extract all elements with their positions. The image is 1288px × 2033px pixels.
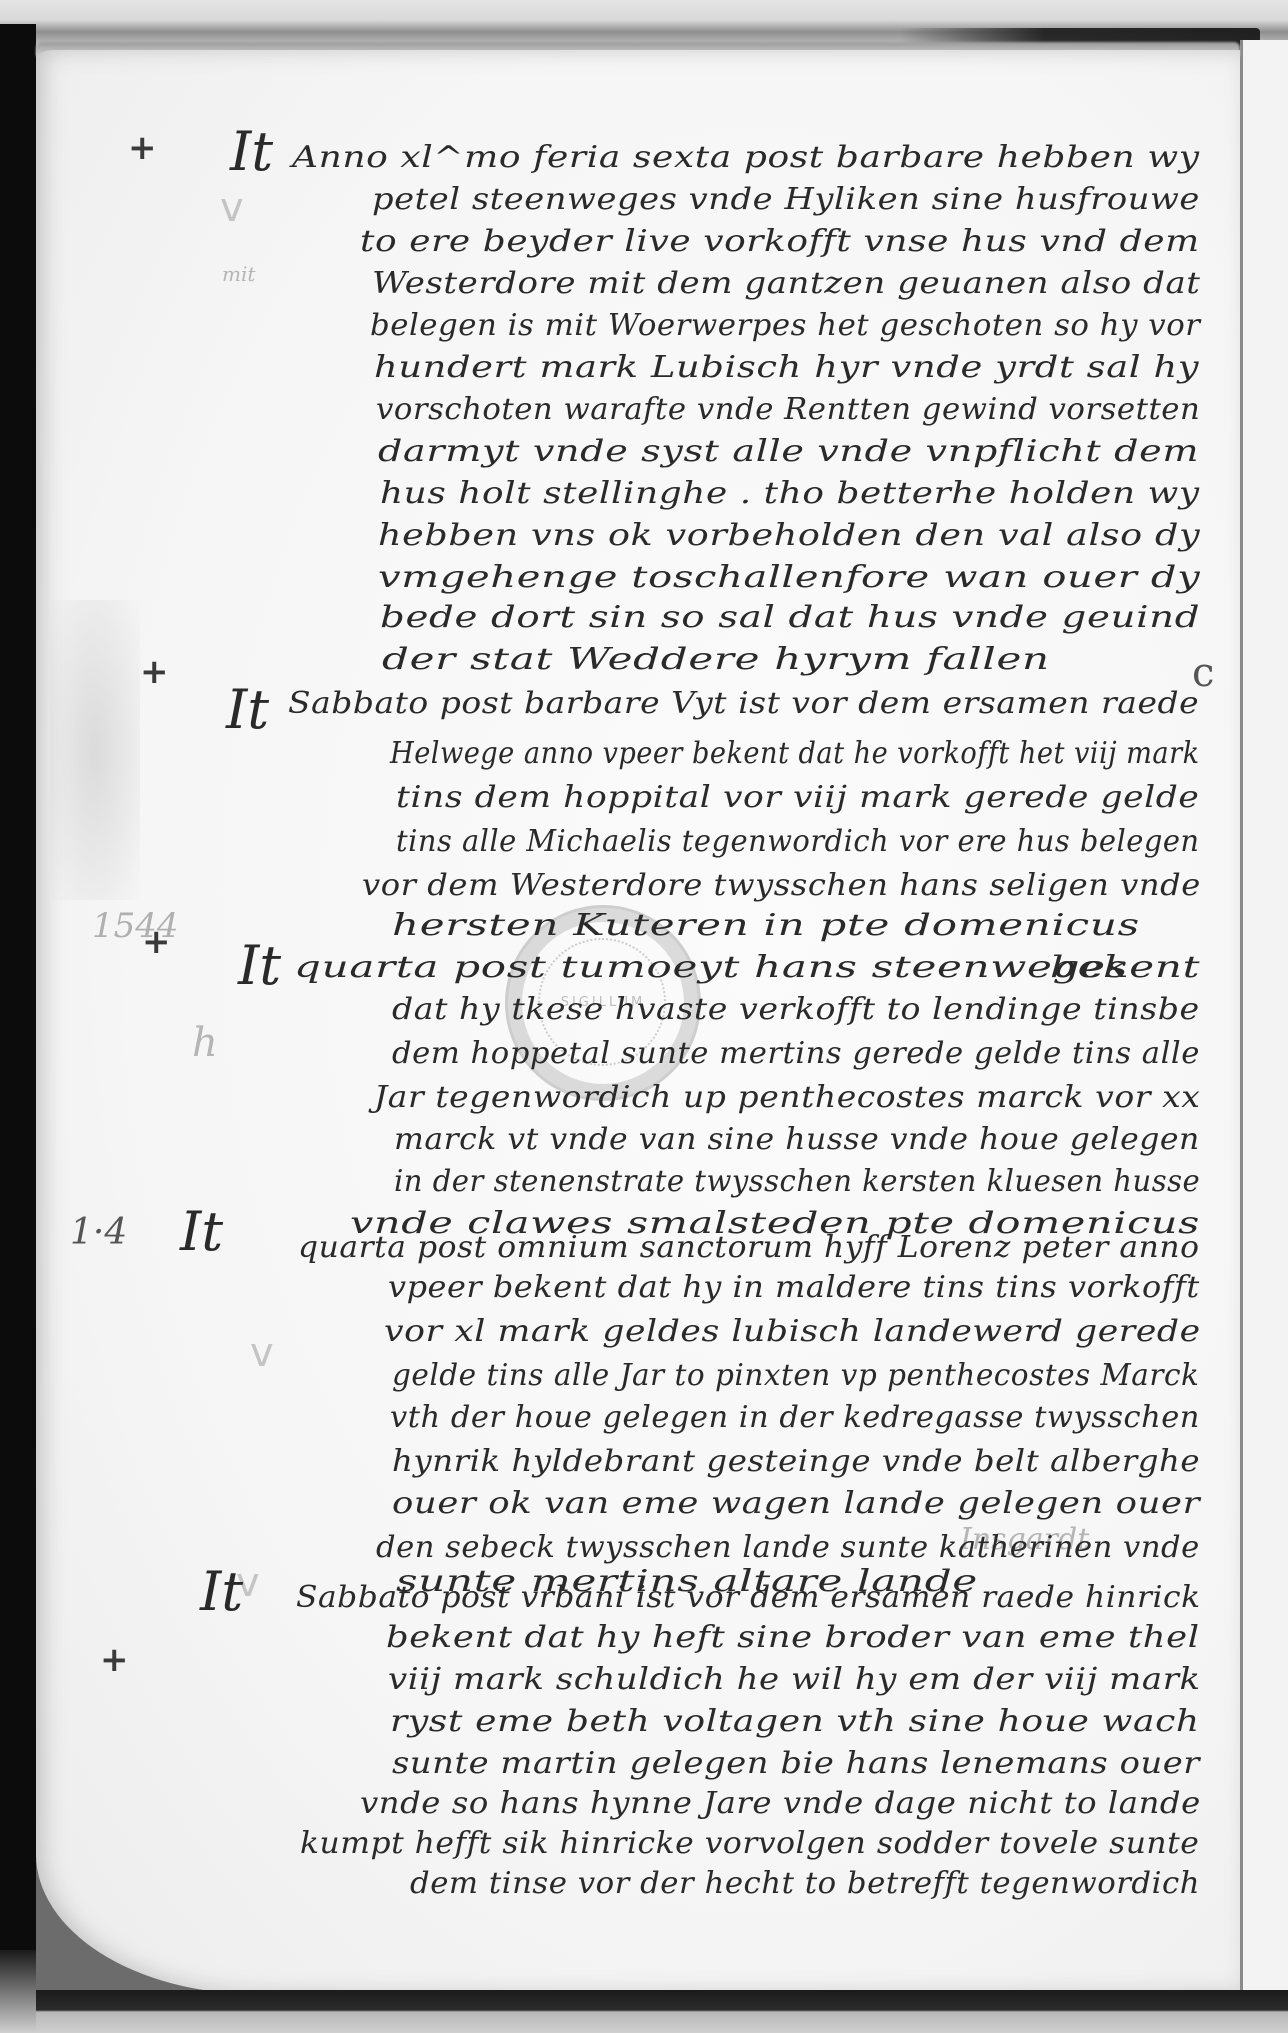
check-tick-icon: v [250,1330,274,1376]
entry-5-line: ryst eme beth voltagen vth sine houe wac… [390,1704,1200,1739]
entry-4-line: den sebeck twysschen lande sunte katheri… [376,1530,1200,1565]
margin-cross-icon: + [100,1640,129,1680]
margin-note-h: h [192,1020,218,1066]
margin-note-mit: mit [222,262,255,286]
entry-item-mark: It [180,1200,223,1263]
entry-4-line: vpeer bekent dat hy in maldere tins tins… [388,1270,1200,1305]
check-tick-icon: v [220,185,244,231]
entry-1-line: Anno xl^mo feria sexta post barbare hebb… [292,140,1200,175]
entry-5-line: kumpt hefft sik hinricke vorvolgen sodde… [300,1826,1199,1861]
entry-2-line: hersten Kuteren in pte domenicus [392,908,1140,943]
entry-1-line: vmgehenge toschallenfore wan ouer dy [378,560,1200,595]
entry-5-line: vnde so hans hynne Jare vnde dage nicht … [360,1786,1201,1821]
entry-5-line: bekent dat hy heft sine broder van eme t… [386,1620,1200,1655]
entry-1-line: hus holt stellinghe . tho betterhe holde… [380,476,1200,511]
entry-1-line: petel steenweges vnde Hyliken sine husfr… [372,182,1200,217]
margin-cross-icon: + [140,652,169,692]
entry-1-line: to ere beyder live vorkofft vnse hus vnd… [360,224,1200,259]
entry-1-line: hebben vns ok vorbeholden den val also d… [378,518,1200,553]
entry-2-line: tins alle Michaelis tegenwordich vor ere… [396,824,1200,859]
entry-3-line: marck vt vnde van sine husse vnde houe g… [394,1122,1200,1157]
margin-note-year: 1544 [92,906,179,946]
entry-4-line: gelde tins alle Jar to pinxten vp penthe… [392,1358,1199,1393]
entry-5-line: viij mark schuldich he wil hy em der vii… [388,1662,1201,1697]
entry-2-line: Helwege anno vpeer bekent dat he vorkoff… [390,736,1200,771]
entry-5-line: dem tinse vor der hecht to betrefft tege… [410,1866,1200,1901]
entry-3-line: dat hy tkese hvaste verkofft to lendinge… [392,992,1200,1027]
entry-1-line: hundert mark Lubisch hyr vnde yrdt sal h… [374,350,1199,385]
margin-note-count: 1·4 [70,1212,127,1253]
scan-left-border [0,24,36,2033]
entry-2-line: Sabbato post barbare Vyt ist vor dem ers… [288,686,1199,721]
entry-3-line: Jar tegenwordich up penthecostes marck v… [374,1080,1200,1115]
entry-1-line: der stat Weddere hyrym fallen [382,642,1050,677]
entry-4-line: quarta post omnium sanctorum hyff Lorenz… [298,1230,1200,1265]
scan-bottom-border [36,1990,1288,2033]
entry-2-line: tins dem hoppital vor viij mark gerede g… [396,780,1199,815]
paper-stain [50,600,140,900]
entry-4-line: vth der houe gelegen in der kedregasse t… [390,1400,1200,1435]
entry-1-line: bede dort sin so sal dat hus vnde geuind [380,600,1200,635]
entry-3-bekent: bekent [1050,950,1200,985]
binding-edge [1240,40,1288,2000]
entry-1-line: vorschoten warafte vnde Rentten gewind v… [376,392,1200,427]
entry-4-line: vor xl mark geldes lubisch landewerd ger… [384,1314,1201,1349]
entry-item-mark: It [226,678,269,741]
entry-1-line: darmyt vnde syst alle vnde vnpflicht dem [378,434,1199,469]
entry-3-line: dem hoppetal sunte mertins gerede gelde … [392,1036,1200,1071]
scan-left-fade [0,1950,36,2033]
margin-cross-icon: + [128,128,157,168]
entry-5-line: sunte martin gelegen bie hans lenemans o… [392,1746,1200,1781]
entry-1-line: Westerdore mit dem gantzen geuanen also … [372,266,1201,301]
entry-item-mark: It [230,120,273,183]
entry-item-mark: It [238,934,281,997]
entry-2-line: vor dem Westerdore twysschen hans selige… [362,868,1201,903]
entry-4-line: ouer ok van eme wagen lande gelegen ouer [392,1486,1200,1521]
entry-item-mark: It [200,1560,243,1623]
entry-5-line: Sabbato post vrbani ist vor dem ersamen … [296,1580,1201,1615]
entry-4-line: hynrik hyldebrant gesteinge vnde belt al… [392,1444,1200,1479]
entry-3-line: in der stenenstrate twysschen kersten kl… [394,1164,1200,1199]
entry-1-line: belegen is mit Woerwerpes het geschoten … [370,308,1200,343]
entry-3-line: quarta post tumoeyt hans steenweges [294,950,1128,985]
